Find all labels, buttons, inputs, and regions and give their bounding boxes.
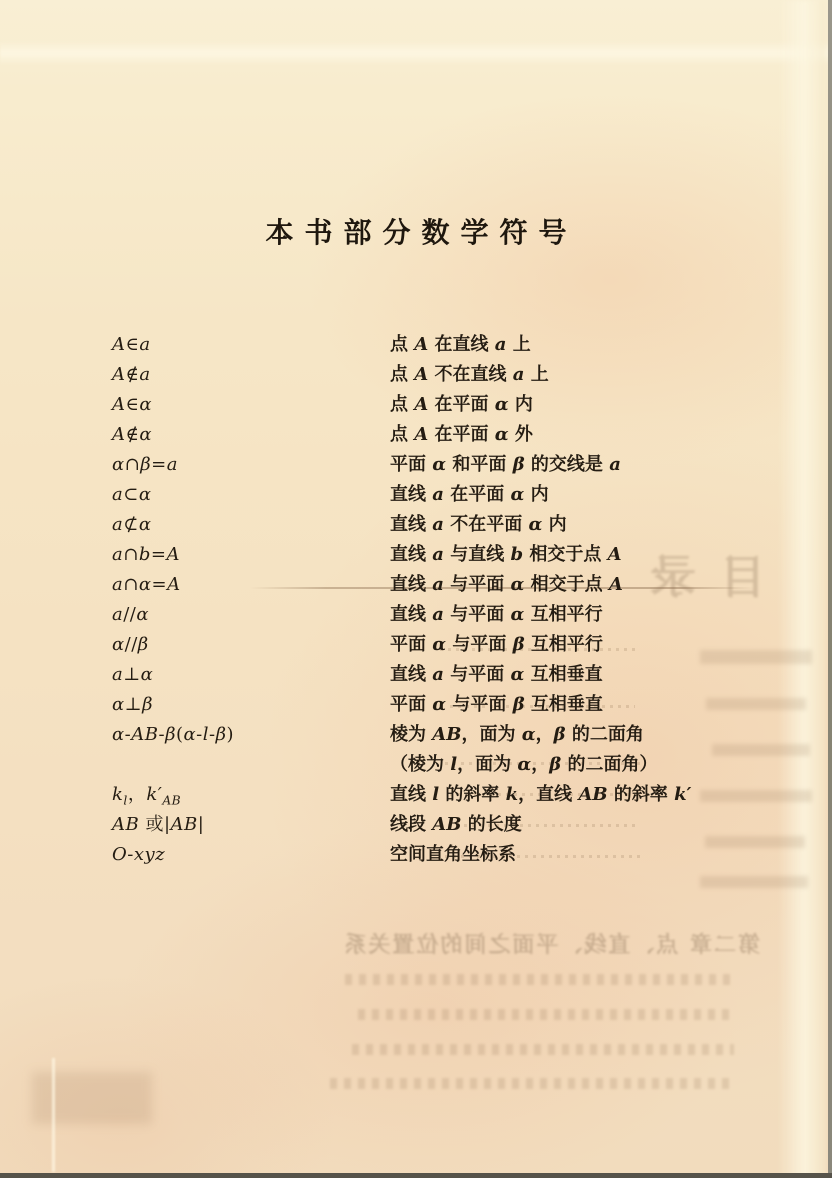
symbol-cell: a⊥α (112, 660, 390, 690)
symbol-row: O-xyz 空间直角坐标系 (112, 840, 792, 870)
meaning-cell: 直线 a 与平面 α 相交于点 A (390, 570, 792, 600)
meaning-cell: 棱为 AB，面为 α，β 的二面角 (390, 720, 792, 750)
bleedthrough-text-smudge (345, 974, 735, 985)
meaning-cell: 直线 a 与平面 α 互相垂直 (390, 660, 792, 690)
symbol-row: a∩α=A 直线 a 与平面 α 相交于点 A (112, 570, 792, 600)
symbol-row: A∉a 点 A 不在直线 a 上 (112, 360, 792, 390)
scanned-book-page: 目录 第二章 点、直线、平面之间的位置关系 本书部分数学符号 A∈a 点 A 在… (0, 0, 832, 1178)
symbol-cell: a∩α=A (112, 570, 390, 600)
symbol-cell: A∉α (112, 420, 390, 450)
symbol-row: a⊄α 直线 a 不在平面 α 内 (112, 510, 792, 540)
symbol-row: a⊥α 直线 a 与平面 α 互相垂直 (112, 660, 792, 690)
meaning-cell: 空间直角坐标系 (390, 840, 792, 870)
symbol-cell: a⊄α (112, 510, 390, 540)
symbol-row: α-AB-β(α-l-β) 棱为 AB，面为 α，β 的二面角 (112, 720, 792, 750)
symbol-cell: a∩b=A (112, 540, 390, 570)
symbol-cell: α//β (112, 630, 390, 660)
symbol-cell: A∉a (112, 360, 390, 390)
meaning-cell: 平面 α 与平面 β 互相平行 (390, 630, 792, 660)
symbol-cell: A∈α (112, 390, 390, 420)
symbol-cell: A∈a (112, 330, 390, 360)
symbol-cell: a⊂α (112, 480, 390, 510)
meaning-cell: 直线 a 在平面 α 内 (390, 480, 792, 510)
paper-light-band (0, 40, 832, 66)
meaning-cell: 平面 α 和平面 β 的交线是 a (390, 450, 792, 480)
symbol-row: α∩β=a 平面 α 和平面 β 的交线是 a (112, 450, 792, 480)
meaning-cell: （棱为 l，面为 α，β 的二面角） (390, 750, 792, 780)
symbol-row: A∉α 点 A 在平面 α 外 (112, 420, 792, 450)
meaning-cell: 线段 AB 的长度 (390, 810, 792, 840)
symbol-cell: α∩β=a (112, 450, 390, 480)
symbol-cell: α-AB-β(α-l-β) (112, 720, 390, 750)
symbol-cell: kl，k′AB (112, 780, 390, 810)
symbol-cell: O-xyz (112, 840, 390, 870)
bleedthrough-text-smudge (330, 1078, 732, 1089)
paper-crease (52, 1058, 55, 1172)
symbol-row: AB 或|AB| 线段 AB 的长度 (112, 810, 792, 840)
symbol-table: A∈a 点 A 在直线 a 上 A∉a 点 A 不在直线 a 上 A∈α 点 A… (112, 330, 792, 870)
meaning-cell: 直线 a 不在平面 α 内 (390, 510, 792, 540)
scan-edge-bottom (0, 1173, 832, 1178)
symbol-cell: α⊥β (112, 690, 390, 720)
symbol-row: a∩b=A 直线 a 与直线 b 相交于点 A (112, 540, 792, 570)
meaning-cell: 点 A 不在直线 a 上 (390, 360, 792, 390)
symbol-row: α//β 平面 α 与平面 β 互相平行 (112, 630, 792, 660)
symbol-row: A∈α 点 A 在平面 α 内 (112, 390, 792, 420)
meaning-cell: 直线 a 与平面 α 互相平行 (390, 600, 792, 630)
bleedthrough-text-smudge (352, 1044, 734, 1055)
meaning-cell: 点 A 在平面 α 内 (390, 390, 792, 420)
symbol-cell: AB 或|AB| (112, 810, 390, 840)
meaning-cell: 点 A 在平面 α 外 (390, 420, 792, 450)
meaning-cell: 平面 α 与平面 β 互相垂直 (390, 690, 792, 720)
symbol-row: （棱为 l，面为 α，β 的二面角） (112, 750, 792, 780)
meaning-cell: 直线 a 与直线 b 相交于点 A (390, 540, 792, 570)
page-title: 本书部分数学符号 (0, 211, 832, 251)
bleedthrough-text-smudge (358, 1009, 733, 1020)
meaning-cell: 直线 l 的斜率 k，直线 AB 的斜率 k′ (390, 780, 792, 810)
symbol-row: a//α 直线 a 与平面 α 互相平行 (112, 600, 792, 630)
symbol-cell: a//α (112, 600, 390, 630)
symbol-row: a⊂α 直线 a 在平面 α 内 (112, 480, 792, 510)
meaning-cell: 点 A 在直线 a 上 (390, 330, 792, 360)
bottom-left-smudge (32, 1072, 152, 1124)
scan-edge-right (828, 0, 832, 1178)
bleedthrough-chapter-line: 第二章 点、直线、平面之间的位置关系 (332, 928, 760, 959)
symbol-row: kl，k′AB 直线 l 的斜率 k，直线 AB 的斜率 k′ (112, 780, 792, 810)
symbol-row: A∈a 点 A 在直线 a 上 (112, 330, 792, 360)
symbol-row: α⊥β 平面 α 与平面 β 互相垂直 (112, 690, 792, 720)
